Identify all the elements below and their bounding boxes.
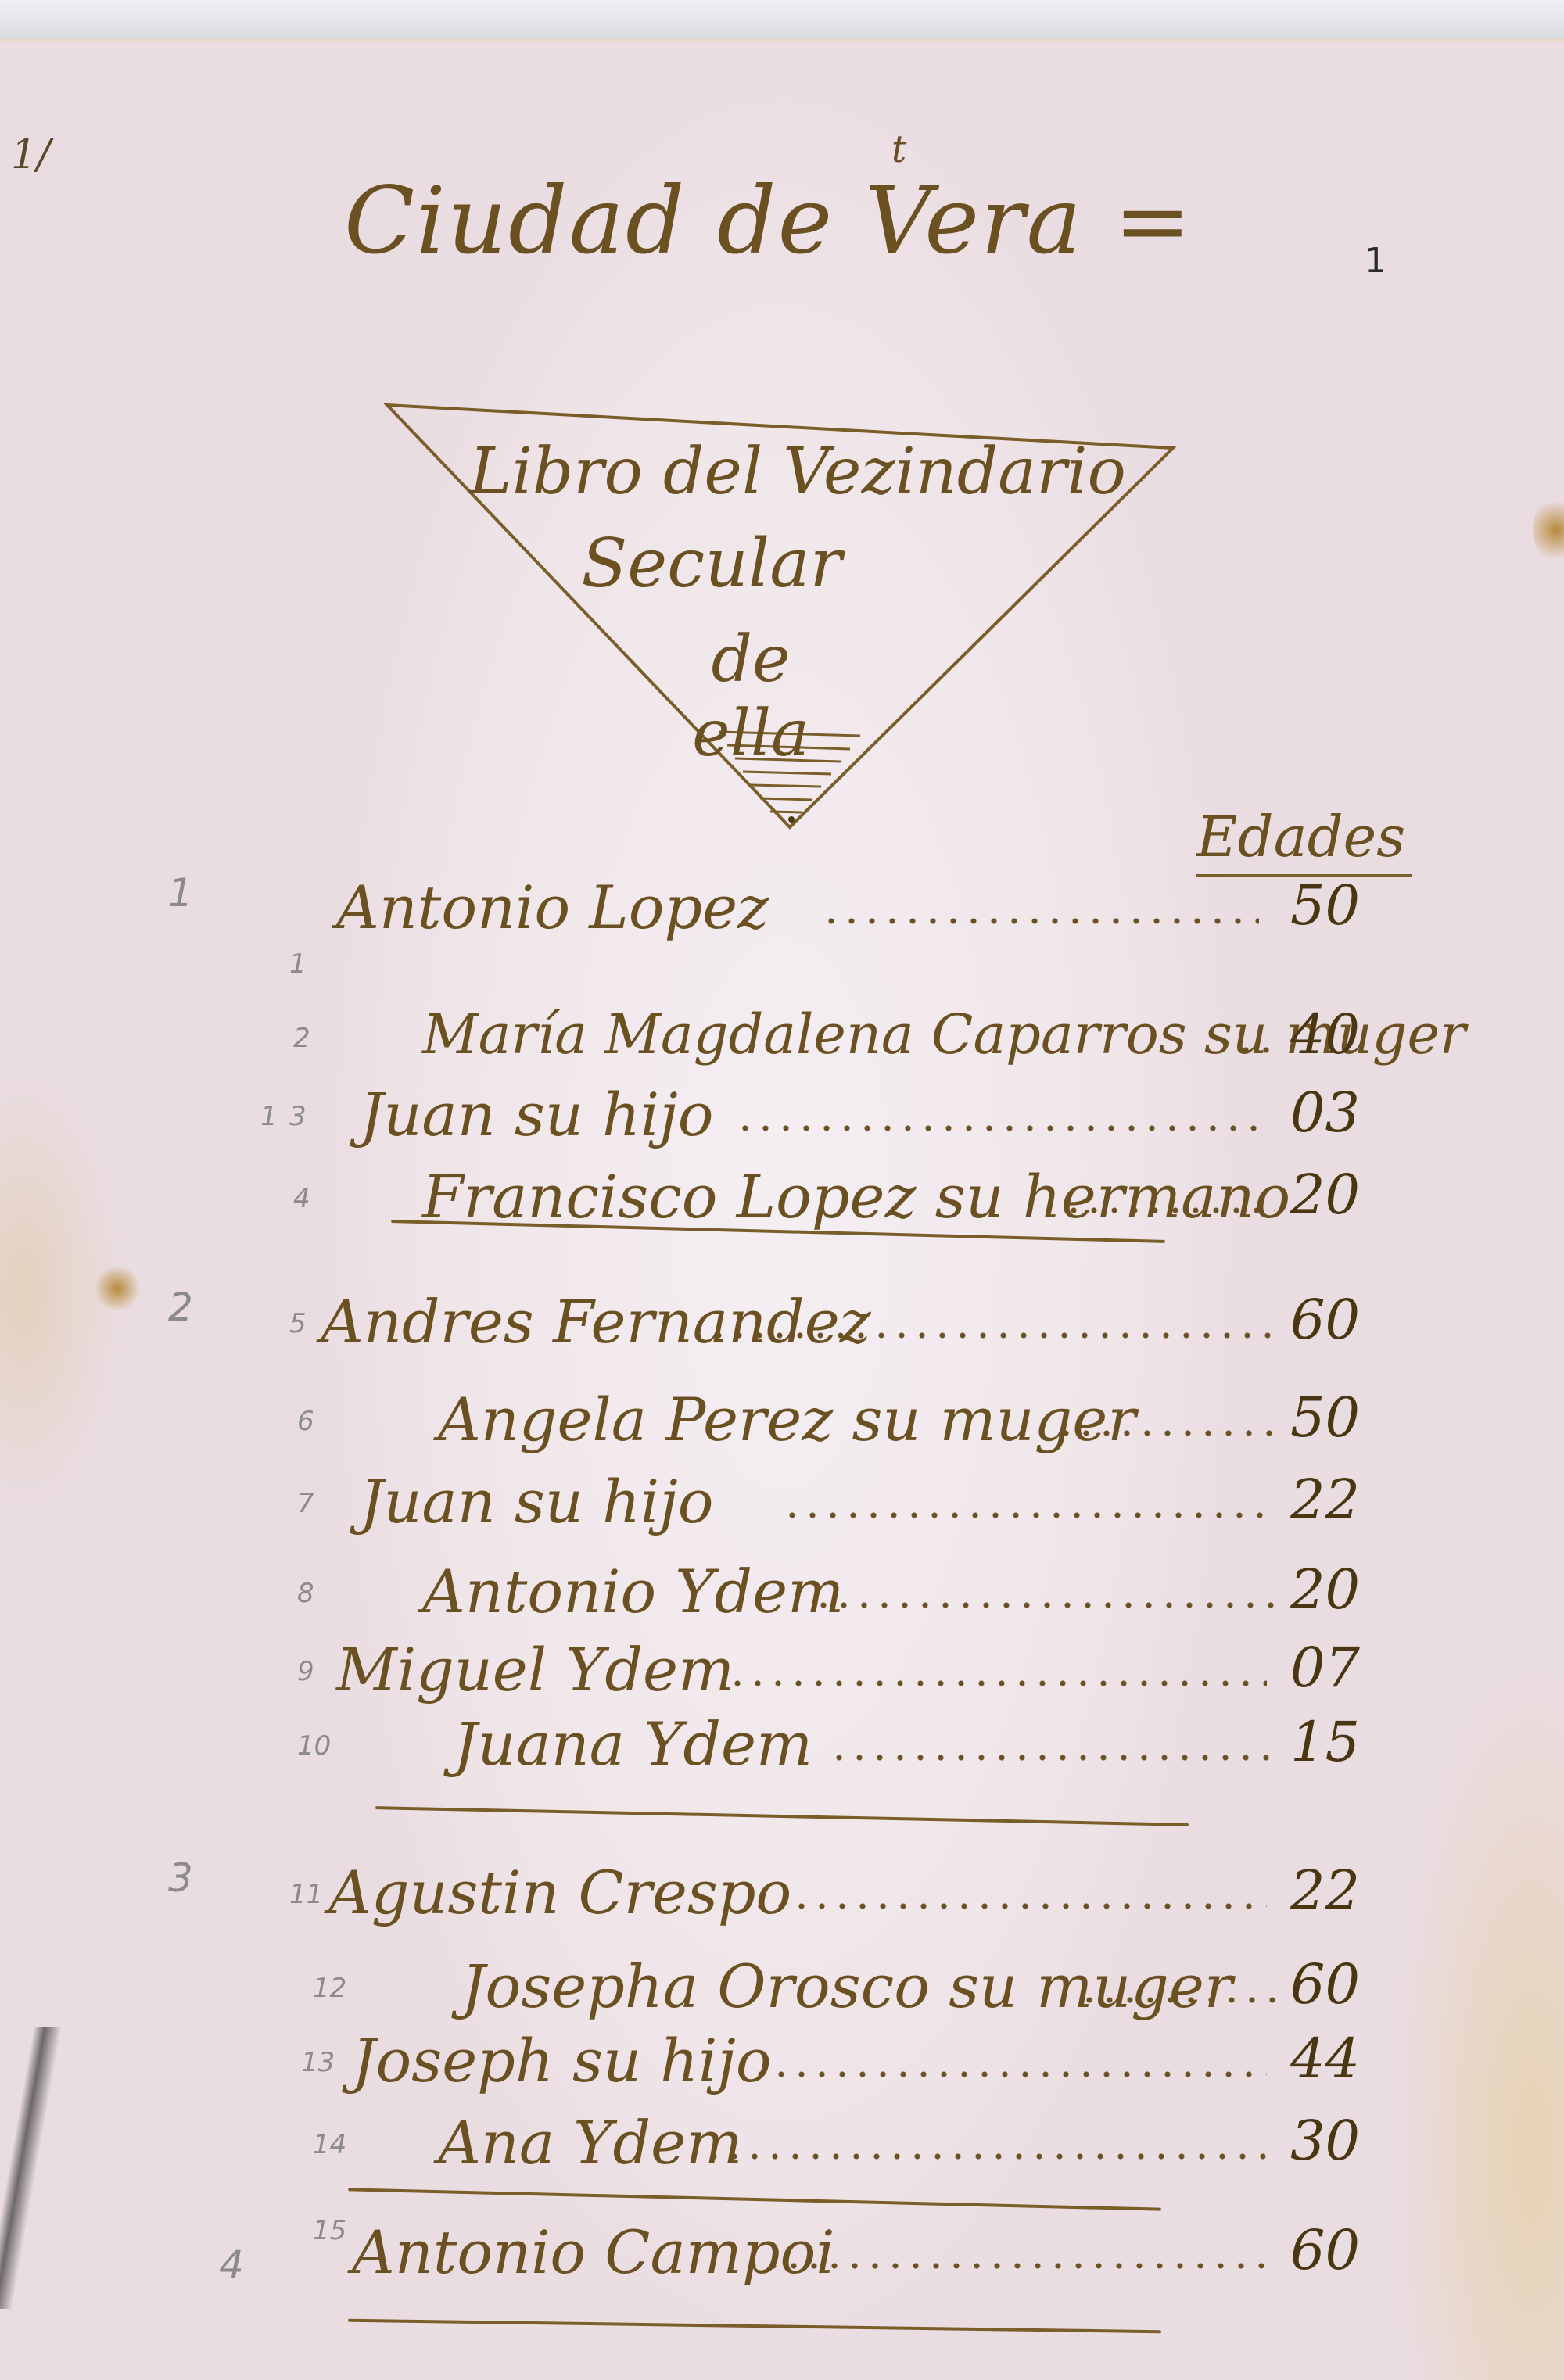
leader-dots [813,1600,1275,1611]
person-age: 22 [1290,1472,1384,1527]
person-age: 60 [1290,2223,1384,2278]
register-entry: 2 5 Andres Fernandez 60 [0,1292,1564,1378]
title-cartouche: Libro del Vezindario Secular de ella [375,393,1189,862]
register-entry: 14 Ana Ydem 30 [0,2113,1564,2199]
leader-dots [821,916,1259,927]
person-name: Andres Fernandez [321,1292,871,1352]
cartouche-line-2: Secular [305,530,1118,597]
household-number: 3 [168,1855,193,1901]
manuscript-page: 1/ t 1 Ciudad de Vera = Libro del Vezind… [0,39,1564,2378]
person-number: 13 [301,2047,335,2078]
person-age: 15 [1290,1715,1384,1769]
leader-dots [727,1678,1267,1689]
edge-stain [1533,495,1564,565]
person-number: 5 [289,1308,307,1339]
leader-dots [1056,1428,1275,1439]
leader-dots [688,1330,1275,1341]
household-number: 1 [168,870,193,916]
person-age: 20 [1290,1167,1384,1222]
cartouche-line-4: ella [344,702,1157,766]
household-divider [348,2319,1161,2334]
leader-dots [751,1901,1267,1912]
person-number: 15 [313,2215,346,2246]
person-number: 12 [313,1973,346,2004]
folio-number: 1 [1365,241,1386,281]
person-number: 11 [289,1879,323,1910]
person-name: Juan su hijo [360,1085,714,1145]
person-number: 9 [297,1656,314,1687]
person-number: 4 [293,1183,310,1214]
person-age: 20 [1290,1562,1384,1617]
cartouche-line-1: Libro del Vezindario [391,440,1204,504]
person-name: Ana Ydem [438,2113,742,2173]
household-number: 4 [219,2242,244,2288]
person-name: Juan su hijo [360,1472,714,1532]
leader-dots [1064,1205,1275,1216]
person-age: 22 [1290,1863,1384,1918]
register-entry: 7 Juan su hijo 22 [0,1472,1564,1558]
person-name: Juana Ydem [454,1715,812,1774]
register-entry: 4 Francisco Lopez su hermano 20 [0,1167,1564,1253]
leader-dots [743,2260,1267,2271]
person-number: 6 [297,1406,314,1437]
person-age: 60 [1290,1292,1384,1347]
register-entry: 4 15 Antonio Campoi 60 [0,2223,1564,2309]
person-number: 14 [313,2129,346,2160]
person-age: 07 [1290,1640,1384,1695]
household-divider [375,1806,1189,1826]
person-name: Josepha Orosco su muger [461,1957,1232,2016]
person-name: Antonio Campoi [352,2223,835,2282]
title-flourish: = [1114,167,1193,274]
person-number: 2 [293,1023,310,1054]
person-name: Francisco Lopez su hermano [422,1167,1290,1227]
register-entry: 3 11 Agustin Crespo 22 [0,1863,1564,1949]
leader-dots [782,1510,1275,1521]
person-name: Angela Perez su muger [438,1390,1136,1450]
leader-dots [704,2151,1267,2162]
leader-dots [1079,1995,1275,2005]
leader-dots [1236,1045,1282,1056]
leader-dots [829,1752,1275,1763]
person-name: Miguel Ydem [336,1640,734,1700]
ages-column-header: Edades [1196,804,1412,877]
corner-mark: 1/ [11,131,51,178]
person-number: 7 [297,1488,314,1519]
person-age: 40 [1290,1007,1384,1062]
person-number: 1 [289,948,307,980]
folio-top-mark: t [891,127,906,171]
household-number: 2 [168,1285,193,1330]
register-entry: 1 1 Antonio Lopez 50 [0,878,1564,964]
person-name: Agustin Crespo [328,1863,791,1923]
person-name: Antonio Ydem [422,1562,844,1622]
person-number: 3 [289,1101,307,1132]
page-title-text: Ciudad de Vera [344,167,1083,274]
register-entry: 1 3 Juan su hijo 03 [0,1085,1564,1171]
person-age: 50 [1290,878,1384,933]
person-name: Joseph su hijo [352,2031,772,2091]
person-age: 30 [1290,2113,1384,2168]
register-entry: 13 Joseph su hijo 44 [0,2031,1564,2117]
pencil-mark: 1 [260,1101,278,1132]
person-age: 60 [1290,1957,1384,2012]
person-number: 8 [297,1578,314,1609]
leader-dots [735,1123,1267,1134]
person-age: 50 [1290,1390,1384,1445]
register-entry: 6 Angela Perez su muger 50 [0,1390,1564,1476]
person-age: 44 [1290,2031,1384,2086]
page-title: Ciudad de Vera = [344,174,1193,267]
person-age: 03 [1290,1085,1384,1140]
person-name: Antonio Lopez [336,878,769,937]
register-entry: 10 Juana Ydem 15 [0,1715,1564,1801]
cartouche-line-3: de [344,628,1157,692]
leader-dots [751,2069,1267,2080]
person-number: 10 [297,1730,331,1762]
